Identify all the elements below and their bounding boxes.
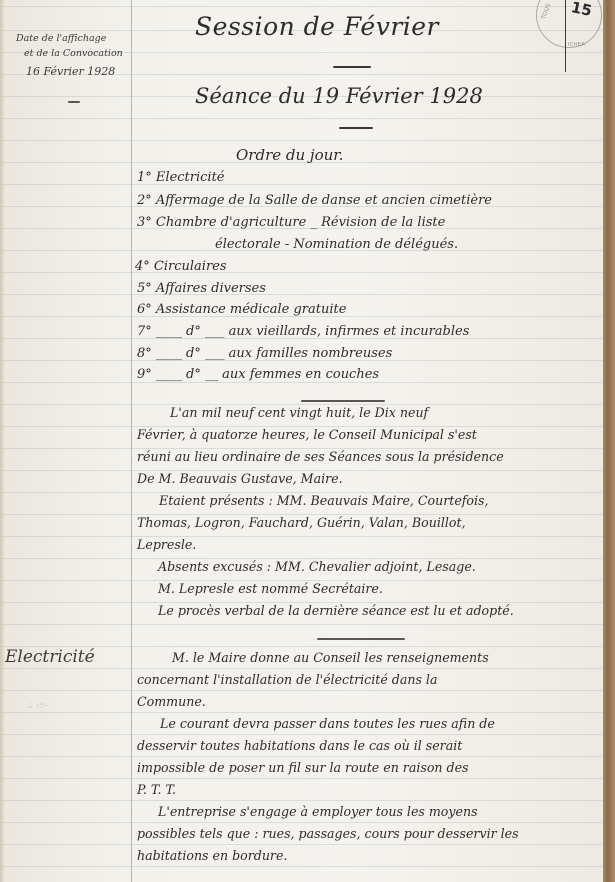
section-line-1: M. le Maire donne au Conseil les renseig… <box>172 650 489 665</box>
agenda-item-7: 7° ____ d° ___ aux vieillards, infirmes … <box>137 324 469 339</box>
margin-note-line-2: et de la Convocation <box>24 48 123 60</box>
preamble-line-1: L'an mil neuf cent vingt huit, le Dix ne… <box>170 405 428 420</box>
present-members-line-2: Thomas, Logron, Fauchard, Guérin, Valan,… <box>137 515 466 530</box>
section-line-2: concernant l'installation de l'électrici… <box>137 672 437 687</box>
preamble-line-2: Février, à quatorze heures, le Conseil M… <box>137 427 477 442</box>
section-line-6: impossible de poser un fil sur la route … <box>137 760 469 775</box>
ledger-page: TOUS 15 ICHEA Date de l'affichage et de … <box>0 0 603 882</box>
section-line-9: possibles tels que : rues, passages, cou… <box>137 826 519 841</box>
agenda-divider <box>301 400 385 402</box>
section-line-4: Le courant devra passer dans toutes les … <box>160 716 495 731</box>
margin-note-date: 16 Février 1928 <box>26 66 115 78</box>
agenda-item-5: 5° Affaires diverses <box>137 281 266 296</box>
stamp-bottom-text: ICHEA <box>568 42 585 48</box>
book-binding-edge <box>603 0 615 882</box>
agenda-item-6: 6° Assistance médicale gratuite <box>137 302 346 317</box>
session-title: Session de Février <box>195 12 439 41</box>
section-divider <box>317 638 405 640</box>
agenda-item-4: 4° Circulaires <box>135 259 227 274</box>
title-divider <box>333 66 371 68</box>
agenda-item-9: 9° ____ d° __ aux femmes en couches <box>137 367 379 382</box>
preamble-line-3: réuni au lieu ordinaire de ses Séances s… <box>137 449 504 464</box>
section-line-5: desservir toutes habitations dans le cas… <box>137 738 462 753</box>
agenda-item-2: 2° Affermage de la Salle de danse et anc… <box>137 193 492 208</box>
section-line-8: L'entreprise s'engage à employer tous le… <box>158 804 478 819</box>
agenda-item-1: 1° Electricité <box>137 170 225 185</box>
stamp-pen-stroke <box>565 0 566 72</box>
red-margin-rule <box>131 0 132 882</box>
present-members-line-1: Etaient présents : MM. Beauvais Maire, C… <box>159 493 489 508</box>
preamble-line-4: De M. Beauvais Gustave, Maire. <box>137 471 343 486</box>
subtitle-divider <box>339 127 373 129</box>
agenda-item-3: 3° Chambre d'agriculture _ Révision de l… <box>137 215 445 230</box>
section-line-3: Commune. <box>137 694 206 709</box>
seance-date-title: Séance du 19 Février 1928 <box>195 84 483 108</box>
minutes-adopted-line: Le procès verbal de la dernière séance e… <box>158 603 514 618</box>
agenda-item-3-continued: électorale - Nomination de délégués. <box>215 237 458 252</box>
agenda-item-8: 8° ____ d° ___ aux familles nombreuses <box>137 346 392 361</box>
agenda-heading: Ordre du jour. <box>236 146 344 164</box>
absent-members-line: Absents excusés : MM. Chevalier adjoint,… <box>158 559 476 574</box>
section-line-10: habitations en bordure. <box>137 848 287 863</box>
margin-note-dash <box>68 101 80 103</box>
margin-note-line-1: Date de l'affichage <box>16 33 106 45</box>
page-left-edge <box>0 0 5 882</box>
ink-bleed-mark: ∴ ·∵· <box>28 702 49 710</box>
section-margin-heading: Electricité <box>5 647 95 667</box>
secretary-line: M. Lepresle est nommé Secrétaire. <box>158 581 383 596</box>
section-line-7: P. T. T. <box>137 782 176 797</box>
present-members-line-3: Lepresle. <box>137 537 196 552</box>
